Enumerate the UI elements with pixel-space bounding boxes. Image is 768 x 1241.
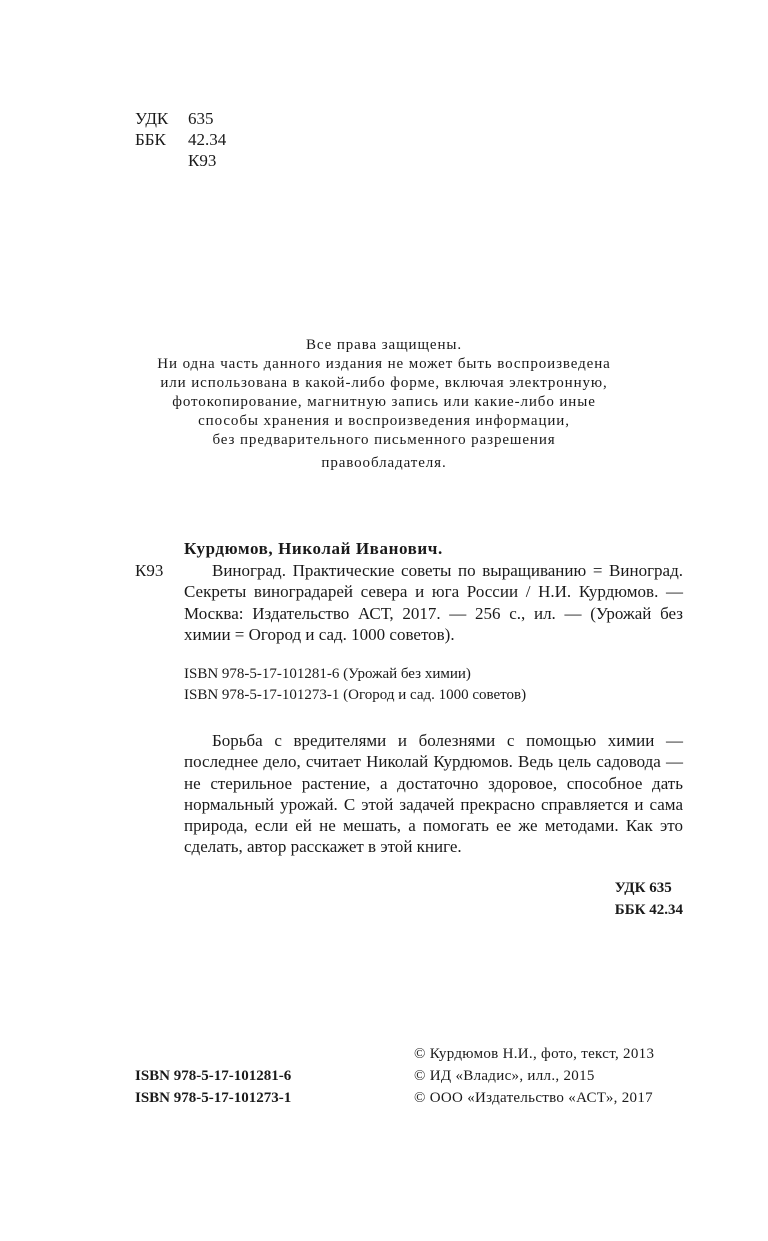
record-description: Виноград. Практические советы по выращив… xyxy=(184,560,683,646)
record-isbn: ISBN 978-5-17-101281-6 (Урожай без химии… xyxy=(184,664,526,685)
footer-isbn: ISBN 978-5-17-101273-1 xyxy=(135,1087,291,1109)
udc-value: 635 xyxy=(188,108,214,129)
udc-label: УДК xyxy=(135,108,188,129)
annotation-codes: УДК 635 ББК 42.34 xyxy=(615,877,683,921)
bibliographic-record: Курдюмов, Николай Иванович. К93 Виноград… xyxy=(135,538,683,646)
annotation-bbk: ББК 42.34 xyxy=(615,899,683,921)
copyright-list: © Курдюмов Н.И., фото, текст, 2013 © ИД … xyxy=(414,1043,654,1109)
rights-line: Ни одна часть данного издания не может б… xyxy=(150,355,618,374)
rights-line: способы хранения и воспроизведения инфор… xyxy=(150,412,618,431)
footer-isbn-list: ISBN 978-5-17-101281-6 ISBN 978-5-17-101… xyxy=(135,1065,291,1109)
author-sign-row: К93 xyxy=(135,150,226,171)
record-body: К93 Виноград. Практические советы по выр… xyxy=(135,560,683,646)
bbk-label: ББК xyxy=(135,129,188,150)
rights-line: или использована в какой-либо форме, вкл… xyxy=(150,374,618,393)
bbk-row: ББК 42.34 xyxy=(135,129,226,150)
bbk-value: 42.34 xyxy=(188,129,226,150)
record-isbn: ISBN 978-5-17-101273-1 (Огород и сад. 10… xyxy=(184,685,526,706)
copyright-line: © ИД «Владис», илл., 2015 xyxy=(414,1065,654,1087)
rights-notice: Все права защищены. Ни одна часть данног… xyxy=(150,336,618,473)
author-sign-label xyxy=(135,150,188,171)
record-description-wrap: Виноград. Практические советы по выращив… xyxy=(184,560,683,646)
udc-row: УДК 635 xyxy=(135,108,226,129)
classification-block: УДК 635 ББК 42.34 К93 xyxy=(135,108,226,171)
rights-line: правообладателя. xyxy=(150,454,618,473)
author-heading: Курдюмов, Николай Иванович. xyxy=(184,538,683,560)
annotation-text: Борьба с вредителями и болезнями с помощ… xyxy=(184,730,683,858)
record-isbn-list: ISBN 978-5-17-101281-6 (Урожай без химии… xyxy=(184,664,526,706)
author-sign-value: К93 xyxy=(188,150,216,171)
rights-line: фотокопирование, магнитную запись или ка… xyxy=(150,393,618,412)
annotation-udc: УДК 635 xyxy=(615,877,683,899)
footer-isbn: ISBN 978-5-17-101281-6 xyxy=(135,1065,291,1087)
copyright-line: © Курдюмов Н.И., фото, текст, 2013 xyxy=(414,1043,654,1065)
copyright-line: © ООО «Издательство «АСТ», 2017 xyxy=(414,1087,654,1109)
author-sign: К93 xyxy=(135,560,184,646)
rights-line: Все права защищены. xyxy=(150,336,618,355)
rights-line: без предварительного письменного разреше… xyxy=(150,431,618,450)
